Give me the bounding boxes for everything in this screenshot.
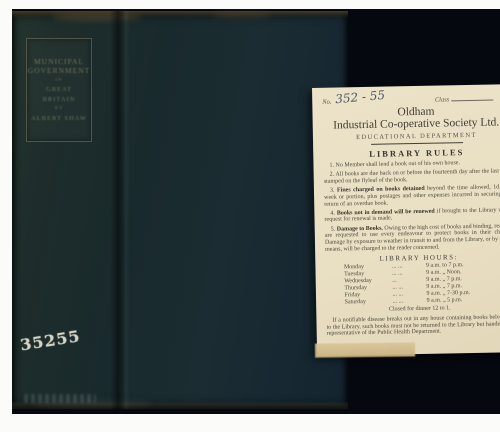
spine-title-line: BY: [55, 105, 64, 113]
divider-rule: [371, 142, 463, 145]
accession-no-label: No.: [322, 99, 331, 106]
library-rule: 3. Fines charged on books detained beyon…: [324, 184, 500, 208]
spine-title-line: MUNICIPAL: [34, 58, 84, 66]
spine-title-line: ALBERT SHAW: [31, 115, 87, 123]
book-hinge-groove: [110, 11, 130, 409]
class-label: Class: [435, 96, 450, 103]
library-rule: 2. All books are due back on or before t…: [324, 168, 500, 185]
rules-list: 1. No Member shall lend a book out of hi…: [323, 159, 500, 253]
hours-table: Monday ... ... 9 a.m. to 7 p.m. Tuesday …: [344, 262, 495, 306]
library-bookplate-card: No. 352 - 55 Class Oldham Industrial Co-…: [312, 84, 500, 356]
photo-page: MUNICIPAL GOVERNMENT IN GREAT BRITAIN BY…: [0, 0, 500, 432]
rules-title: LIBRARY RULES: [323, 146, 500, 160]
shelf-number-stamp: 35255: [19, 326, 82, 354]
org-name-line2: Industrial Co-operative Society Ltd.: [323, 116, 500, 133]
spine-title-line: IN: [55, 77, 62, 85]
book-cover: MUNICIPAL GOVERNMENT IN GREAT BRITAIN BY…: [12, 11, 348, 409]
spine-imprint-worn: [24, 394, 96, 403]
spine-title-line: GREAT: [46, 86, 72, 94]
class-field: Class: [435, 94, 494, 104]
spine-title-label: MUNICIPAL GOVERNMENT IN GREAT BRITAIN BY…: [26, 38, 92, 142]
spine-title-line: GOVERNMENT: [28, 67, 91, 75]
org-department: EDUCATIONAL DEPARTMENT: [323, 131, 500, 142]
wear-mark: [212, 12, 272, 18]
library-rule: 5. Damage to Books. Owing to the high co…: [325, 223, 500, 253]
disease-notice: If a notifiable disease breaks out in an…: [326, 314, 500, 338]
spine-title-line: BRITAIN: [43, 96, 76, 104]
library-rule: 4. Books not in demand will be renewed i…: [324, 207, 500, 224]
book-photo: MUNICIPAL GOVERNMENT IN GREAT BRITAIN BY…: [12, 9, 500, 414]
class-blank-line: [451, 94, 493, 102]
accession-no-handwritten: 352 - 55: [335, 88, 386, 106]
card-tape-stain: [315, 342, 415, 357]
